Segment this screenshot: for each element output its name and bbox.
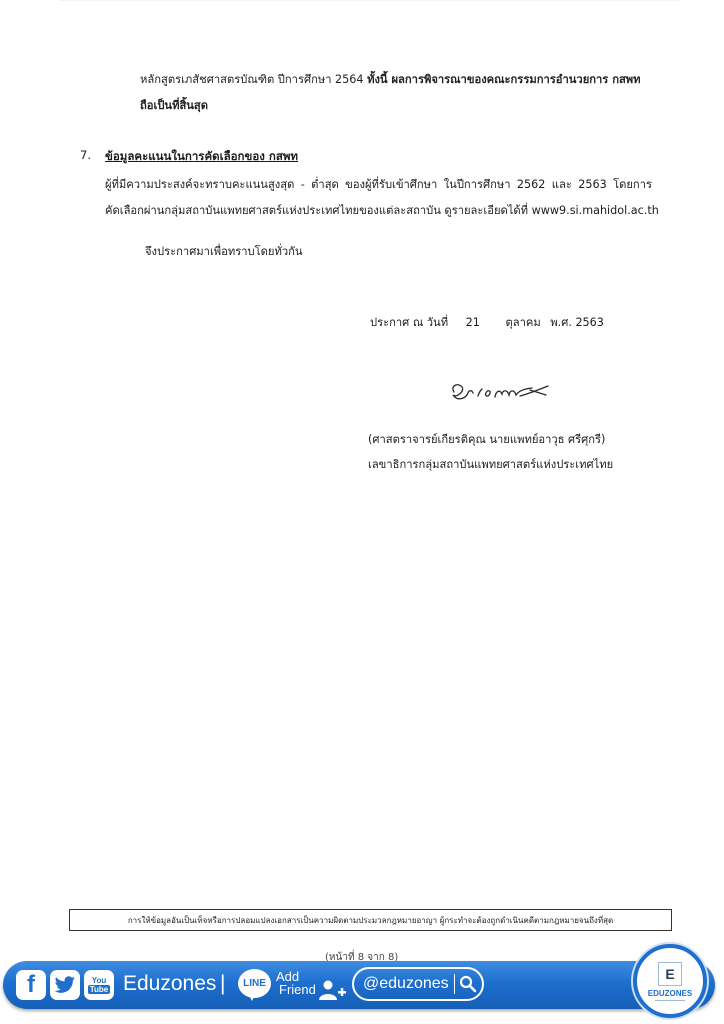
legal-warning-box: การให้ข้อมูลอันเป็นเท็จหรือการปลอมแปลงเอ…: [69, 909, 672, 931]
logo-underline: [655, 1000, 685, 1001]
logo-letter: E: [665, 966, 674, 982]
eduzones-logo[interactable]: E EDUZONES: [633, 944, 707, 1018]
line-bubble-tail: [248, 993, 256, 1001]
logo-letter-box: E: [658, 962, 682, 986]
signature-image: [448, 378, 553, 408]
facebook-icon[interactable]: f: [16, 970, 46, 1000]
add-user-icon[interactable]: [317, 980, 347, 1000]
intro-bold-text-2: ถือเป็นที่สิ้นสุด: [140, 99, 208, 112]
date-era: พ.ศ.: [550, 313, 572, 331]
line-label: LINE: [243, 978, 266, 989]
twitter-icon[interactable]: [50, 970, 80, 1000]
twitter-bird-icon: [54, 976, 76, 994]
search-icon[interactable]: [459, 975, 477, 993]
section-body-line-2: คัดเลือกผ่านกลุ่มสถาบันแพทยศาสตร์แห่งประ…: [105, 198, 652, 224]
section-body-line-1: ผู้ที่มีความประสงค์จะทราบคะแนนสูงสุด - ต…: [105, 172, 652, 198]
brand-name[interactable]: Eduzones: [123, 972, 216, 996]
youtube-top-text: You: [92, 976, 107, 985]
date-day: 21: [466, 316, 480, 329]
intro-regular-text: หลักสูตรเภสัชศาสตรบัณฑิต ปีการศึกษา 2564: [140, 73, 367, 86]
signer-position: เลขาธิการกลุ่มสถาบันแพทยศาสตร์แห่งประเทศ…: [368, 455, 613, 473]
youtube-icon[interactable]: You Tube: [84, 970, 114, 1000]
date-year: 2563: [575, 316, 603, 329]
banner-separator: |: [220, 972, 225, 996]
section-title: ข้อมูลคะแนนในการคัดเลือกของ กสพท: [105, 148, 298, 166]
date-prefix: ประกาศ ณ วันที่: [370, 313, 448, 331]
search-divider: [454, 974, 455, 994]
line-id-text: @eduzones: [363, 975, 449, 993]
document-page: หลักสูตรเภสัชศาสตรบัณฑิต ปีการศึกษา 2564…: [0, 0, 724, 1024]
closing-statement: จึงประกาศมาเพื่อทราบโดยทั่วกัน: [145, 242, 303, 260]
announcement-date: ประกาศ ณ วันที่ 21 ตุลาคม พ.ศ. 2563: [370, 313, 604, 331]
logo-text: EDUZONES: [648, 989, 692, 998]
previous-page-edge: [60, 0, 680, 4]
signer-name: (ศาสตราจารย์เกียรติคุณ นายแพทย์อาวุธ ศรี…: [368, 430, 605, 448]
section-number: 7.: [80, 148, 91, 162]
facebook-glyph: f: [27, 971, 35, 999]
intro-paragraph: หลักสูตรเภสัชศาสตรบัณฑิต ปีการศึกษา 2564…: [140, 67, 655, 119]
intro-bold-text: ทั้งนี้ ผลการพิจารณาของคณะกรรมการอำนวยกา…: [367, 73, 640, 86]
section-body: ผู้ที่มีความประสงค์จะทราบคะแนนสูงสุด - ต…: [105, 172, 652, 224]
add-friend-label[interactable]: Add Friend: [276, 970, 316, 996]
youtube-bottom-text: Tube: [88, 985, 111, 994]
legal-warning-text: การให้ข้อมูลอันเป็นเท็จหรือการปลอมแปลงเอ…: [128, 914, 613, 927]
date-month: ตุลาคม: [505, 313, 540, 331]
add-friend-line-2: Friend: [279, 983, 316, 996]
line-id-search[interactable]: @eduzones: [352, 967, 484, 1001]
